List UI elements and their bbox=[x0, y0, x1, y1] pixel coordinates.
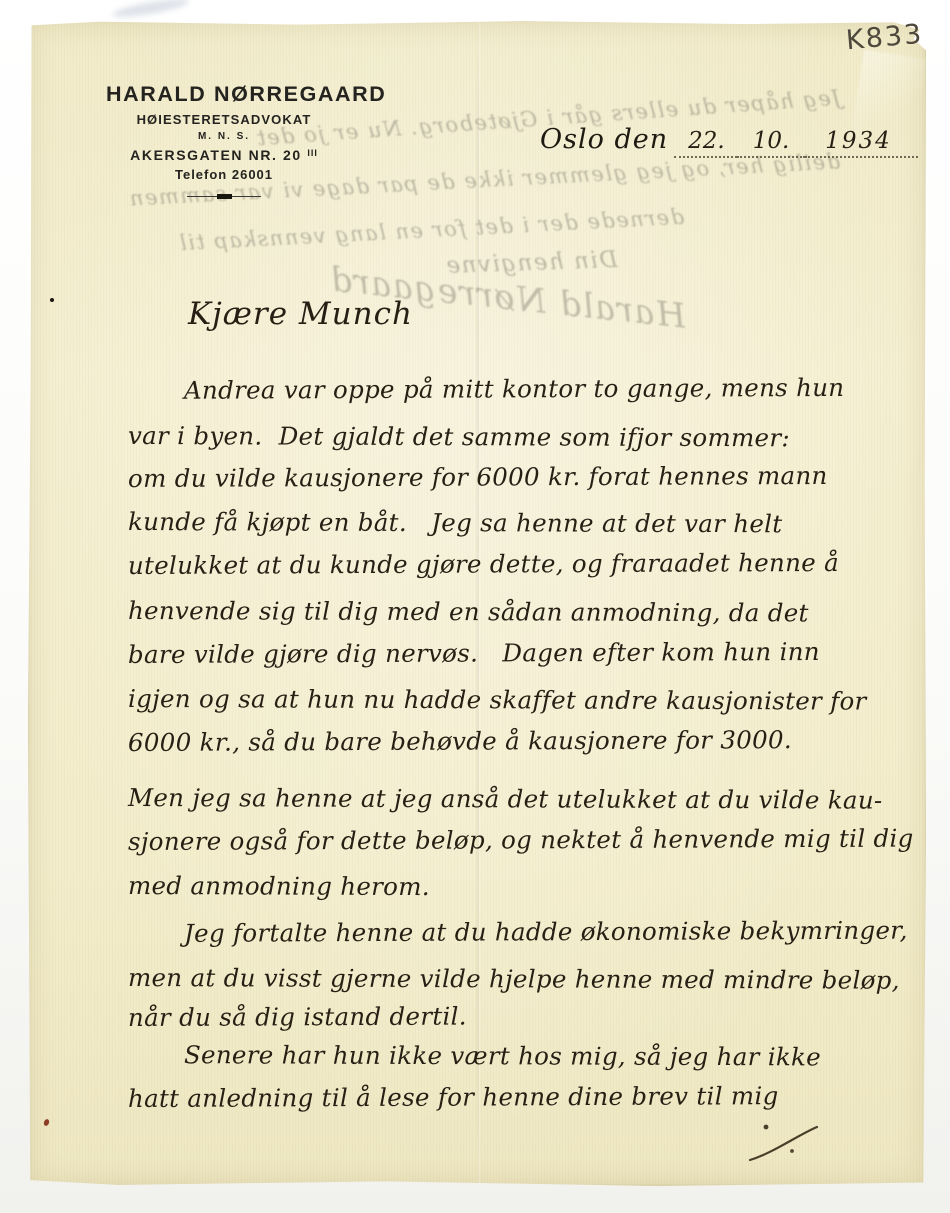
letter-line: men at du visst gjerne vilde hjelpe henn… bbox=[128, 963, 900, 995]
letterhead-block: HARALD NØRREGAARD HØIESTERETSADVOKAT M. … bbox=[106, 82, 342, 197]
letter-line: henvende sig til dig med en sådan anmodn… bbox=[128, 596, 809, 627]
letterhead-address-floor: III bbox=[307, 148, 318, 158]
red-speck bbox=[43, 1118, 50, 1126]
letter-line: Andrea var oppe på mitt kontor to gange,… bbox=[128, 373, 844, 405]
letter-line: med anmodning herom. bbox=[128, 871, 430, 901]
letter-line: hatt anledning til å lese for henne dine… bbox=[128, 1081, 779, 1113]
scanner-smudge bbox=[112, 0, 191, 21]
letter-line: Jeg fortalte henne at du hadde økonomisk… bbox=[128, 916, 908, 948]
letter-line: utelukket at du kunde gjøre dette, og fr… bbox=[128, 548, 839, 580]
letterhead-address-text: AKERSGATEN NR. 20 bbox=[130, 147, 302, 163]
letterhead-address: AKERSGATEN NR. 20 III bbox=[106, 147, 342, 163]
letter-line: igjen og sa at hun nu hadde skaffet andr… bbox=[128, 684, 867, 716]
ink-dot-speck bbox=[50, 298, 54, 302]
letter-paper-sheet: Jeg håper du ellers går i Gjøteborg. Nu … bbox=[28, 20, 926, 1186]
scanned-letter-page: { "annotation": { "catalog_number": "K83… bbox=[0, 0, 950, 1213]
dateline: Oslo den 22. 10. 1934 bbox=[540, 124, 918, 158]
letterhead-name: HARALD NØRREGAARD bbox=[106, 82, 342, 107]
letter-line: sjonere også for dette beløp, og nektet … bbox=[128, 824, 914, 856]
continuation-mark bbox=[743, 1120, 828, 1175]
letter-line: kunde få kjøpt en båt. Jeg sa henne at d… bbox=[128, 507, 783, 538]
letter-line: når du så dig istand dertil. bbox=[128, 1002, 467, 1032]
dateline-printed-prefix: Oslo den bbox=[540, 124, 668, 155]
letter-line: var i byen. Det gjaldt det samme som ifj… bbox=[128, 421, 790, 452]
letterhead-phone: Telefon 26001 bbox=[106, 167, 342, 182]
dateline-day: 22. bbox=[674, 128, 737, 158]
letter-line: om du vilde kausjonere for 6000 kr. fora… bbox=[128, 461, 828, 493]
letter-line: 6000 kr., så du bare behøvde å kausjoner… bbox=[128, 725, 792, 757]
letter-line: Men jeg sa henne at jeg anså det utelukk… bbox=[128, 783, 883, 815]
letter-line: Senere har hun ikke vært hos mig, så jeg… bbox=[128, 1040, 821, 1071]
letterhead-divider-rule bbox=[187, 196, 261, 197]
dateline-month: 10. bbox=[737, 128, 806, 158]
letterhead-credential: M. N. S. bbox=[106, 131, 342, 142]
letterhead-title: HØIESTERETSADVOKAT bbox=[106, 112, 342, 127]
letter-line: bare vilde gjøre dig nervøs. Dagen efter… bbox=[128, 637, 820, 669]
dateline-year: 1934 bbox=[805, 128, 918, 158]
salutation: Kjære Munch bbox=[188, 296, 413, 332]
